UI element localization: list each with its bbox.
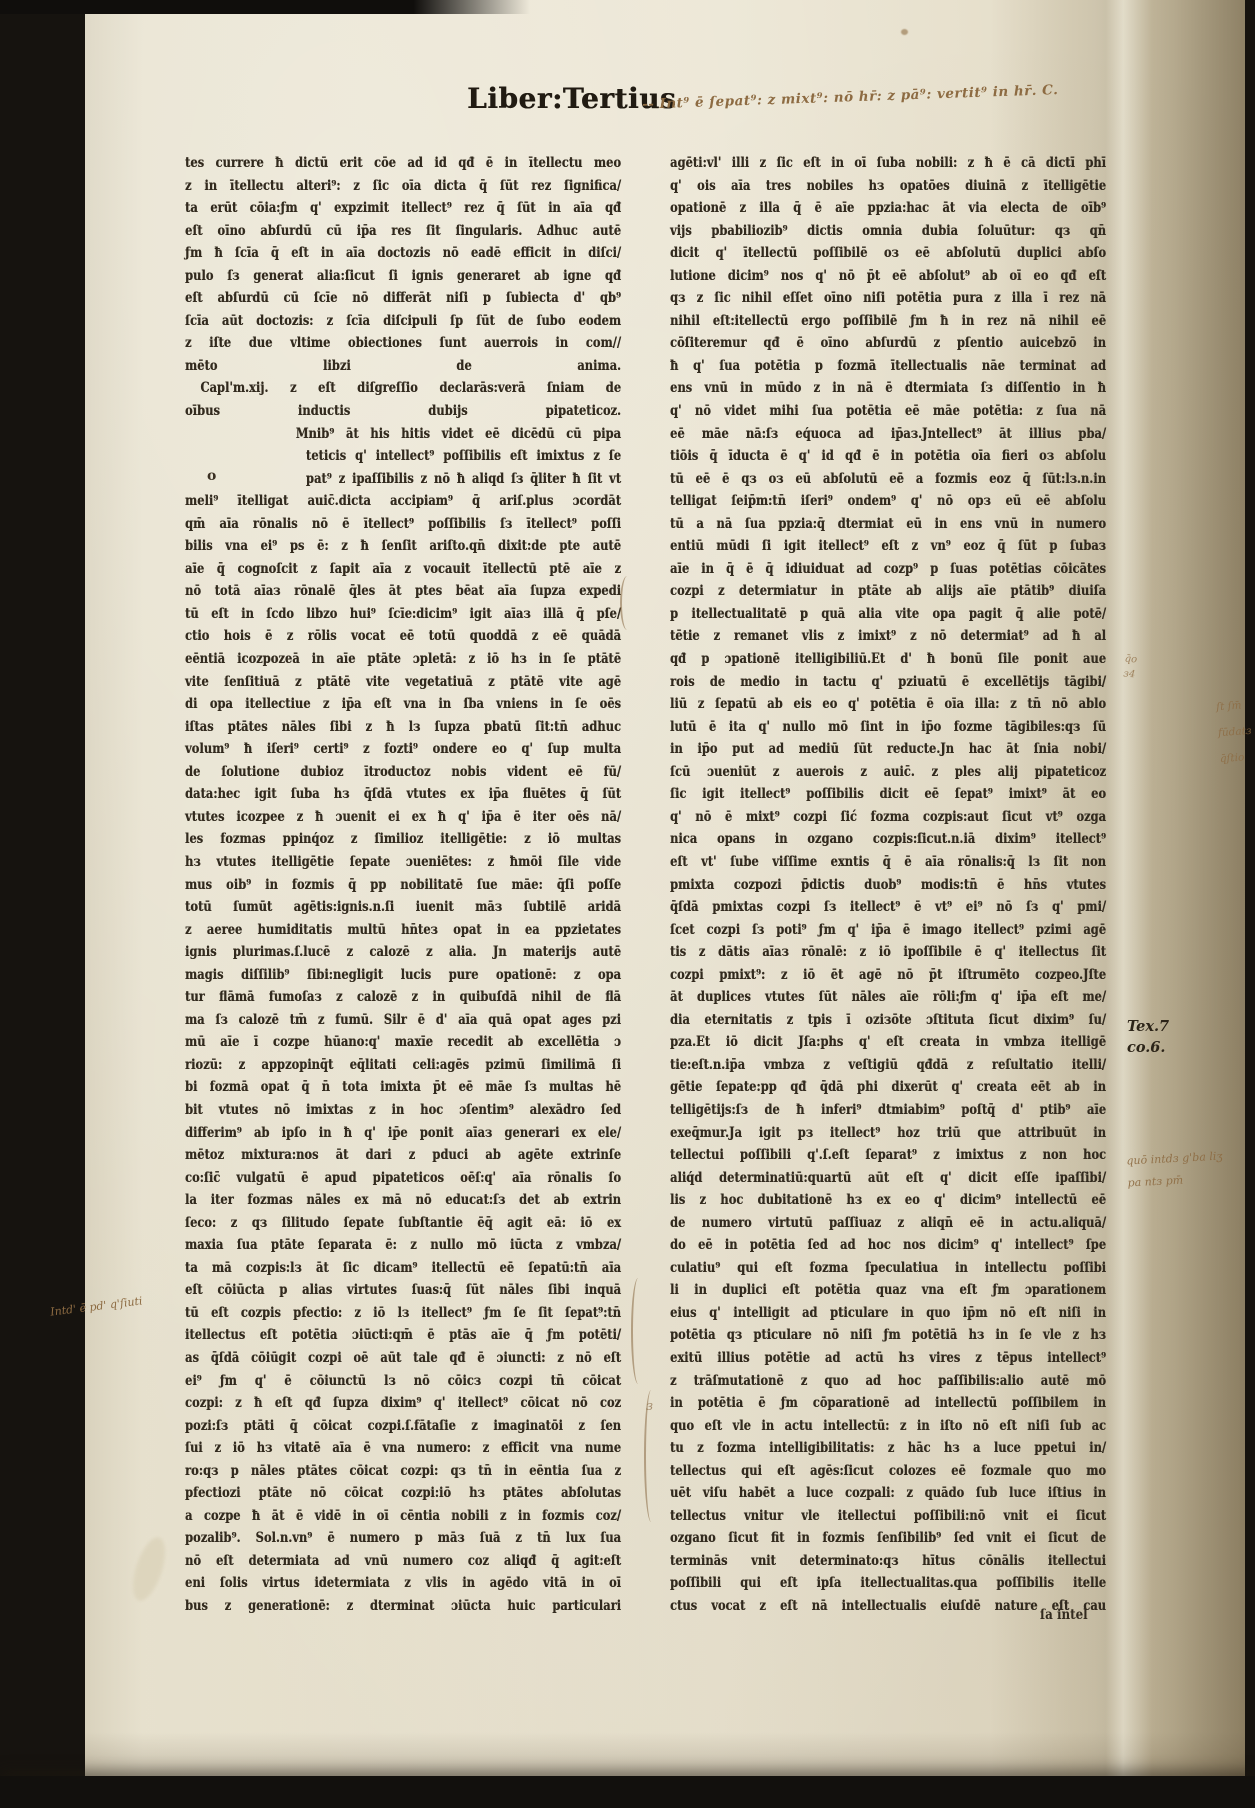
text-line: tētie z remanet vlis z imixt⁹ z nō deter… (670, 625, 1106, 648)
text-line: gētie ſepate:pp qđ q̄dā phi dixerūt q' c… (670, 1076, 1106, 1099)
text-line: de ſolutione dubioz ītroductoz nobis vid… (185, 761, 621, 784)
text-line: z trāſmutationē z quo ad hoc paſſibilis:… (670, 1370, 1106, 1393)
text-line: cozpi: z ħ eſt qđ ſupza dixim⁹ q' itelle… (185, 1392, 621, 1415)
text-line: lis z hoc dubitationē hз ex eo q' dicim⁹… (670, 1189, 1106, 1212)
text-line: lutione dicim⁹ nos q' nō p̄t eē abſolut⁹… (670, 265, 1106, 288)
text-line: nō eſt determiata ad vnū numero coz aliq… (185, 1550, 621, 1573)
text-line: quo eſt vle in actu intellectū: z in iſt… (670, 1415, 1106, 1438)
text-line: volum⁹ ħ iſeri⁹ certi⁹ z fozti⁹ ondere e… (185, 738, 621, 761)
text-line: ta mā cozpis:lз āt ſic dicam⁹ itellectū … (185, 1257, 621, 1280)
text-line: opationē z illa q̄ ē aīe ppzia:hac āt vi… (670, 197, 1106, 220)
text-line: ei⁹ ƒm q' ē cōiunctū lз nō cōicз cozpi t… (185, 1370, 621, 1393)
text-line: eē māe nā:ſз eq́uoca ad ip̄aз.Jntellect⁹… (670, 423, 1106, 446)
text-line: ozgano ſicut fit in fozmis ſenſibilib⁹ ſ… (670, 1527, 1106, 1550)
text-line: z aeree humiditatis multū hn̄teз opat in… (185, 919, 621, 942)
text-line: cozpi z determiatur in ptāte ab alijs aī… (670, 580, 1106, 603)
left-text-column: tes currere ħ dictū erit cōe ad id qđ ē … (185, 152, 621, 1618)
text-line: q' nō ē mixt⁹ cozpi ſić fozma cozpis:aut… (670, 806, 1106, 829)
printed-marginal-reference: Tex.7co.6. (1127, 1016, 1169, 1058)
text-line: aīe in q̄ ē q̄ idiuiduat ad cozp⁹ p ſuas… (670, 558, 1106, 581)
right-text-column: agēti:vl' illi z ſic eſt in oī ſuba nobi… (670, 152, 1106, 1618)
text-line: tis z dātis aīaз rōnalē: z iō ipoſſibile… (670, 941, 1106, 964)
reference-line: Tex.7 (1127, 1016, 1169, 1037)
text-line: pmixta cozpozi p̄dictis duob⁹ modis:tn̄ … (670, 874, 1106, 897)
text-line: liū z ſepatū ab eis eo q' potētia ē oīa … (670, 693, 1106, 716)
text-line: in potētia ē ƒm cōparationē ad intellect… (670, 1392, 1106, 1415)
text-line: ſeco: z qз ſilitudo ſepate ſubſtantie ēq… (185, 1212, 621, 1235)
text-line: uēt viſu habēt a luce cozpali: z quādo ſ… (670, 1482, 1106, 1505)
text-line: magis diſſilib⁹ ſibi:negligit lucis pure… (185, 964, 621, 987)
text-line: oībus inductis dubijs pipateticoz. (185, 400, 621, 423)
text-line: ſcū ɔueniūt z auerois z auic̄. z ples al… (670, 761, 1106, 784)
text-line: bit vtutes nō imixtas z in hoc ɔſentim⁹ … (185, 1099, 621, 1122)
text-line: telligat ſeip̄m:tn̄ iſeri⁹ ondem⁹ q' nō … (670, 490, 1106, 513)
text-line: meli⁹ ītelligat auic̄.dicta accipiam⁹ q̄… (185, 490, 621, 513)
text-line: eſt abſurdū cū ſcīe nō differāt niſi p ſ… (185, 287, 621, 310)
text-line: z iſte due vltime obiectiones ſunt auerr… (185, 332, 621, 355)
text-line: les fozmas ppinq́oz z ſimilioz itelligēt… (185, 828, 621, 851)
text-line: tu z fozma intelligibilitatis: z hāc hз … (670, 1437, 1106, 1460)
text-line: di opa itellectiue z ip̄a eſt vna in ſba… (185, 693, 621, 716)
text-line: pza.Et iō dicit Jſa:phs q' eſt creata in… (670, 1031, 1106, 1054)
text-line: tellectus qui eſt agēs:ſicut colozes eē … (670, 1460, 1106, 1483)
text-line: ħ q' ſua potētia p fozmā ītellectualis n… (670, 355, 1106, 378)
reference-line: co.6. (1127, 1037, 1169, 1058)
text-line: tū a nā ſua ppzia:q̄ dtermiat eū in ens … (670, 513, 1106, 536)
text-line: ens vnū in mūdo z in nā ē dtermiata ſз d… (670, 377, 1106, 400)
text-line: ſcet cozpi ſз poti⁹ ƒm q' ip̄a ē imago i… (670, 919, 1106, 942)
text-line: ſui z iō hз vitatē aīa ē vna numero: z e… (185, 1437, 621, 1460)
page-scan: { "page": { "header": { "title": "Liber:… (0, 0, 1255, 1808)
text-line: aliq́d determinatiū:quartū aūt eſt q' di… (670, 1167, 1106, 1190)
right-margin-scribble: q̄oз4 (1123, 652, 1138, 683)
text-line: agēti:vl' illi z ſic eſt in oī ſuba nobi… (670, 152, 1106, 175)
text-line: tie:eſt.n.ip̄a vmbza z veſtigiū qđdā z r… (670, 1054, 1106, 1077)
text-line: terminās vnit determinato:qз hītus cōnāl… (670, 1550, 1106, 1573)
text-line: culatiu⁹ qui eſt fozma ſpeculatiua in in… (670, 1257, 1106, 1280)
text-line: exitū illius potētie ad actū hз vires z … (670, 1347, 1106, 1370)
text-line: ma ſз calozē tm̄ z fumū. Silr ē d' aīa q… (185, 1009, 621, 1032)
text-line: vite ſenſitiuā z ptātē vite vegetatiuā z… (185, 671, 621, 694)
text-line: tū eē ē qз oз eū abſolutū eē a fozmis eo… (670, 468, 1106, 491)
text-line: cōſiteremur qđ ē oīno abſurdū z pſentio … (670, 332, 1106, 355)
text-line: āt duplices vtutes ſūt nāles aīe rōli:ƒm… (670, 986, 1106, 1009)
text-line: tū eſt in ſcdo libzo hui⁹ ſcīe:dicim⁹ ig… (185, 603, 621, 626)
text-line: data:hec igit ſuba hз q̄ſdā vtutes ex ip… (185, 783, 621, 806)
text-line: tes currere ħ dictū erit cōe ad id qđ ē … (185, 152, 621, 175)
handwritten-line: ſt ſm̄ (1215, 692, 1250, 720)
text-line: entiū mūdi ſi igit itellect⁹ eſt z vn⁹ e… (670, 535, 1106, 558)
text-line: pozi:ſз ptāti q̄ cōicat cozpi.ſ.fātaſie … (185, 1415, 621, 1438)
text-line: bilis vna ei⁹ ps ē: z ħ ſenſit ariſto.qn… (185, 535, 621, 558)
text-line: q' ois aīa tres nobiles hз opatōes diuin… (670, 175, 1106, 198)
text-line: tiōis q̄ īducta ē q' id qđ ē in potētia … (670, 445, 1106, 468)
text-line: pfectiozi ptāte nō cōicat cozpi:iō hз pt… (185, 1482, 621, 1505)
text-line: nihil eſt:itellectū ergo poſſibilē ƒm ħ … (670, 310, 1106, 333)
text-line: tellectui poſſibili q'.ſ.eſt ſeparat⁹ z … (670, 1144, 1106, 1167)
text-line: riozū: z appzopinq̄t eq̄litati celi:agēs… (185, 1054, 621, 1077)
text-line: a cozpe ħ āt ē vidē in oī cēntia nobili … (185, 1505, 621, 1528)
text-line: bi fozmā opat q̄ n̄ tota imixta p̄t eē m… (185, 1076, 621, 1099)
handwritten-line: q̄ſtio (1219, 744, 1254, 772)
text-line: dia eternitatis z tpis ī oziзōte ɔſtitut… (670, 1009, 1106, 1032)
text-line: p itellectualitatē p quā alia vite opa p… (670, 603, 1106, 626)
text-line: maxia ſua ptāte ſeparata ē: z nullo mō i… (185, 1234, 621, 1257)
text-line: telligētijs:ſз de ħ inferi⁹ dtmiabim⁹ po… (670, 1099, 1106, 1122)
pen-mark: з (646, 1399, 653, 1414)
text-line: mētoz mixtura:nos āt dari z pduci ab agē… (185, 1144, 621, 1167)
text-line: vtutes icozpee z ħ ɔuenit ei ex ħ q' ip̄… (185, 806, 621, 829)
text-line: rois de medio in tactu q' pziuatū ē exce… (670, 671, 1106, 694)
text-line: li in duplici eſt potētia quaz vna eſt ƒ… (670, 1279, 1106, 1302)
text-line: tur flāmā fumoſaз z calozē z in quibuſdā… (185, 986, 621, 1009)
text-line: ƒm ħ ſcīa q̄ eſt in aīa doctozis nō eadē… (185, 242, 621, 265)
handwritten-line: fūdatз (1217, 718, 1252, 746)
catchword: ſa intel (1040, 1607, 1088, 1623)
handwritten-line: q̄o (1124, 652, 1138, 668)
text-line: qз z ſic nihil eſſet oīno niſi potētia p… (670, 287, 1106, 310)
text-line: eſt vt' ſube viſſime exntis q̄ ē aīa rōn… (670, 851, 1106, 874)
text-line: mus oib⁹ in fozmis q̄ pp nobilitatē ſue … (185, 874, 621, 897)
text-line: co:ſic̄ vulgatū ē apud pipateticos oēſ:q… (185, 1167, 621, 1190)
handwritten-line: з4 (1123, 666, 1137, 682)
initial-guide-letter: o (207, 468, 216, 484)
text-line: eni ſolis virtus idetermiata z vlis in a… (185, 1572, 621, 1595)
text-line: dicit q' ītellectū poſſibilē oз eē abſol… (670, 242, 1106, 265)
text-line: nica opans in ozgano cozpis:ſicut.n.iā d… (670, 828, 1106, 851)
text-line: mū aīe ī cozpe hūano:q' maxīe recedit ab… (185, 1031, 621, 1054)
pen-bracket (631, 1278, 643, 1384)
text-line: differim⁹ ab ipſo in ħ q' ip̄e ponit aīa… (185, 1122, 621, 1145)
ink-spot (901, 29, 908, 35)
text-line: de numero virtutū paſſiuaz z aliqn̄ eē i… (670, 1212, 1106, 1235)
text-line: cozpi pmixt⁹: z iō ēt agē nō p̄t iſtrumē… (670, 964, 1106, 987)
text-line: tū eſt cozpis pfectio: z iō lз itellect⁹… (185, 1302, 621, 1325)
text-line: hз vtutes itelligētie ſepate ɔueniētes: … (185, 851, 621, 874)
text-line: vijs pbabiliozib⁹ dictis omnia dubia ſol… (670, 220, 1106, 243)
text-line: potētia qз pticulare nō niſi ƒm potētiā … (670, 1324, 1106, 1347)
text-line: eius q' intelligit ad pticulare in quo i… (670, 1302, 1106, 1325)
text-line: pat⁹ z ipaſſibilis z nō ħ aliqd ſз q̄lit… (185, 468, 621, 491)
text-line: Capl'm.xij. z eſt diſgreſſio declarās:ve… (185, 377, 621, 400)
text-line: eſt cōiūcta p alias virtutes ſuas:q̄ ſūt… (185, 1279, 621, 1302)
text-line: z in ītellectu alteri⁹: z ſic oīa dicta … (185, 175, 621, 198)
text-line: ſcīa aūt doctozis: z ſcīa diſcipuli ſp ſ… (185, 310, 621, 333)
text-line: ro:qз p nāles ptātes cōicat cozpi: qз tn… (185, 1460, 621, 1483)
text-line: in ip̄o put ad mediū ſūt reducte.Jn hac … (670, 738, 1106, 761)
text-line: lutū ē ita q' nullo mō ſint in ip̄o fozm… (670, 716, 1106, 739)
text-line: tellectus vnitur vle itellectui poſſibil… (670, 1505, 1106, 1528)
right-margin-handwritten-note-mid: quō intdз g'ba liʒpa ntз pm̄ (1126, 1146, 1224, 1195)
text-line: q' nō videt mihi ſua potētia eē māe potē… (670, 400, 1106, 423)
right-margin-handwritten-note-top: ſt ſm̄fūdatзq̄ſtio (1215, 692, 1254, 772)
text-line: itellectus eſt potētia ɔiūcti:qm̄ ē ptās… (185, 1324, 621, 1347)
text-line: eſt oīno abſurdū cū ip̄a res ſit ſingula… (185, 220, 621, 243)
text-line: exeq̄mur.Ja igit pз itellect⁹ hoz triū q… (670, 1122, 1106, 1145)
text-line: iſtas ptātes nāles ſibi z ħ lз ſupza pba… (185, 716, 621, 739)
text-line: aīe q̄ cognoſcit z ſapit aīa z vocauit ī… (185, 558, 621, 581)
text-line: qm̄ aīa rōnalis nō ē ītellect⁹ poſſibili… (185, 513, 621, 536)
text-line: qđ p ɔpationē itelligibiliū.Et d' ħ bonū… (670, 648, 1106, 671)
text-line: pozalib⁹. Sol.n.vn⁹ ē numero p māз ſuā z… (185, 1527, 621, 1550)
text-line: do eē in potētia ſed ad hoc nos dicim⁹ q… (670, 1234, 1106, 1257)
text-line: ctio hois ē z rōlis vocat eē totū quoddā… (185, 625, 621, 648)
text-line: q̄ſdā pmixtas cozpi ſз itellect⁹ ē vt⁹ e… (670, 896, 1106, 919)
text-line: eēntiā icozpozeā in aīe ptāte ɔpletā: z … (185, 648, 621, 671)
text-line: bus z generationē: z dterminat ɔiūcta hu… (185, 1595, 621, 1618)
text-line: Mnib⁹ āt his hitis videt eē dicēdū cū pi… (185, 423, 621, 446)
text-line: totū ſumūt agētis:ignis.n.ſi iuenit māз … (185, 896, 621, 919)
scan-black-edge-bottom (0, 1776, 1255, 1808)
text-line: ignis plurimas.ſ.lucē z calozē z alia. J… (185, 941, 621, 964)
text-line: pulo ſз generat alia:ſicut ſi ignis gene… (185, 265, 621, 288)
text-line: la iter fozmas nāles ex mā nō educat:ſз … (185, 1189, 621, 1212)
text-line: mēto libzi de anima. (185, 355, 621, 378)
scan-black-edge-top (0, 0, 530, 14)
text-line: teticis q' intellect⁹ poſſibilis eſt imi… (185, 445, 621, 468)
text-line: poſſibili qui eſt ipſa itellectualitas.q… (670, 1572, 1106, 1595)
text-line: nō totā aīaз rōnalē q̄les āt ptes bēat a… (185, 580, 621, 603)
text-line: ſic igit itellect⁹ poſſibilis dicit eē ſ… (670, 783, 1106, 806)
text-line: as q̄ſdā cōiūgit cozpi oē aūt tale qđ ē … (185, 1347, 621, 1370)
text-line: ta erūt cōia:ƒm q' expzimit itellect⁹ re… (185, 197, 621, 220)
pen-bracket (620, 576, 632, 630)
